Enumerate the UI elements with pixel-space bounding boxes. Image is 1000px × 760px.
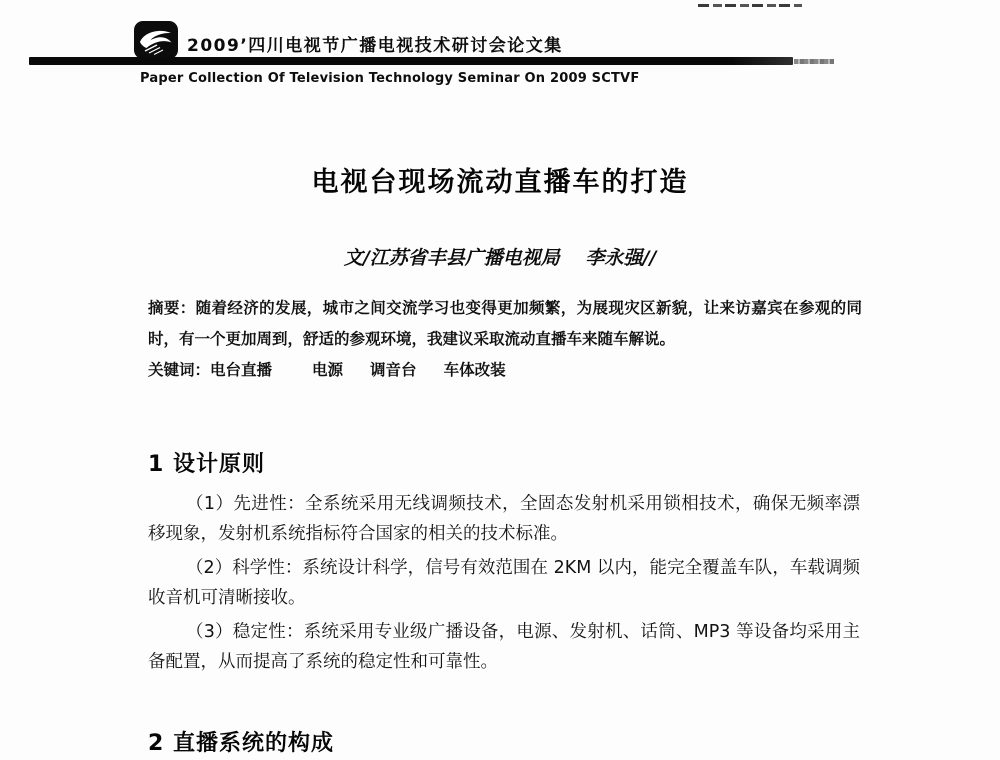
paper-page: 2009’四川电视节广播电视技术研讨会论文集 Paper Collection …: [0, 0, 1000, 760]
sctvf-logo-icon: [133, 21, 179, 61]
paper-title: 电视台现场流动直播车的打造: [0, 160, 1000, 199]
keyword: 车体改装: [444, 361, 506, 379]
section-1-heading: 1 设计原则: [148, 447, 265, 478]
paragraph-advancement: （1）先进性：全系统采用无线调频技术，全固态发射机采用锁相技术，确保无频率漂移现…: [148, 489, 860, 549]
collection-title-cn: 2009’四川电视节广播电视技术研讨会论文集: [187, 31, 563, 56]
abstract-label: 摘要：: [148, 299, 196, 317]
keyword: 电台直播: [210, 361, 272, 379]
paragraph-stability: （3）稳定性：系统采用专业级广播设备，电源、发射机、话筒、MP3 等设备均采用主…: [148, 617, 860, 677]
abstract-paragraph: 摘要：随着经济的发展，城市之间交流学习也变得更加频繁，为展现灾区新貌，让来访嘉宾…: [148, 293, 862, 355]
section-2-heading: 2 直播系统的构成: [148, 726, 334, 757]
abstract-block: 摘要：随着经济的发展，城市之间交流学习也变得更加频繁，为展现灾区新貌，让来访嘉宾…: [148, 293, 862, 386]
keywords-line: 关键词：电台直播电源调音台车体改装: [148, 355, 862, 386]
keyword: 调音台: [370, 361, 417, 379]
scan-artifact-line: [698, 4, 802, 7]
section-1-body: （1）先进性：全系统采用无线调频技术，全固态发射机采用锁相技术，确保无频率漂移现…: [148, 489, 860, 681]
collection-title-en: Paper Collection Of Television Technolog…: [140, 71, 639, 86]
paragraph-scientific: （2）科学性：系统设计科学，信号有效范围在 2KM 以内，能完全覆盖车队，车载调…: [148, 553, 860, 613]
keywords-label: 关键词：: [148, 361, 210, 379]
byline: 文/江苏省丰县广播电视局 李永强//: [0, 243, 1000, 270]
header-rule: [29, 57, 793, 65]
header-rule-tail: [794, 59, 834, 64]
keyword: 电源: [312, 361, 343, 379]
abstract-text: 随着经济的发展，城市之间交流学习也变得更加频繁，为展现灾区新貌，让来访嘉宾在参观…: [148, 299, 862, 348]
